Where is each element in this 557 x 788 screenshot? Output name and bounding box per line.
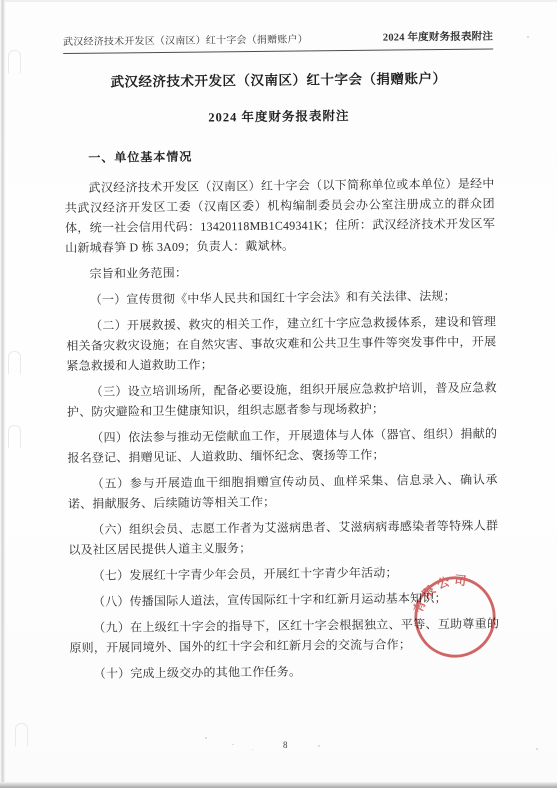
- paragraph: （五）参与开展造血干细胞捐赠宣传动员、血样采集、信息录入、确认承诺、捐献服务、后…: [68, 469, 498, 514]
- document-title: 武汉经济技术开发区（汉南区）红十字会（捐赠账户）: [63, 66, 493, 91]
- page-header: 武汉经济技术开发区（汉南区）红十字会（捐赠账户） 2024 年度财务报表附注: [63, 28, 493, 54]
- page-number: 8: [283, 740, 288, 750]
- document-subtitle: 2024 年度财务报表附注: [64, 104, 494, 127]
- header-left-text: 武汉经济技术开发区（汉南区）红十字会（捐赠账户）: [63, 30, 308, 48]
- binder-hole: [8, 351, 21, 375]
- binder-hole: [15, 723, 28, 747]
- scan-speckle: [318, 745, 320, 747]
- paragraph: （一）宣传贯彻《中华人民共和国红十字会法》和有关法律、法规；: [66, 285, 496, 310]
- scan-speckle: [527, 36, 529, 38]
- section-heading: 一、单位基本情况: [64, 144, 494, 166]
- scan-speckle: [252, 749, 253, 750]
- paragraph: 宗旨和业务范围：: [65, 259, 495, 284]
- scan-speckle: [232, 744, 234, 745]
- binder-hole: [8, 50, 21, 74]
- paragraph: （四）依法参与推动无偿献血工作，开展遗体与人体（器官、组织）捐献的报名登记、捐赠…: [67, 423, 497, 468]
- scan-speckle: [205, 737, 207, 739]
- paragraph: 武汉经济技术开发区（汉南区）红十字会（以下简称单位或本单位）是经中共武汉经济开发…: [65, 173, 496, 257]
- binder-hole: [8, 425, 21, 449]
- paragraph: （六）组织会员、志愿工作者为艾滋病患者、艾滋病病毒感染者等特殊人群以及社区居民提…: [68, 515, 498, 560]
- scan-edge-top: [0, 0, 557, 2]
- paragraph: （三）设立培训场所，配备必要设施，组织开展应急救护培训，普及应急救护、防灾避险和…: [67, 377, 497, 422]
- paragraph: （二）开展救援、救灾的相关工作，建立红十字应急救援体系，建设和管理相关备灾救灾设…: [66, 311, 497, 375]
- scanned-page: 武汉经济技术开发区（汉南区）红十字会（捐赠账户） 2024 年度财务报表附注 武…: [0, 0, 557, 788]
- scan-edge-bottom: [0, 782, 557, 788]
- scan-edge-left: [0, 0, 5, 788]
- header-right-text: 2024 年度财务报表附注: [383, 28, 493, 44]
- scan-speckle: [536, 748, 538, 750]
